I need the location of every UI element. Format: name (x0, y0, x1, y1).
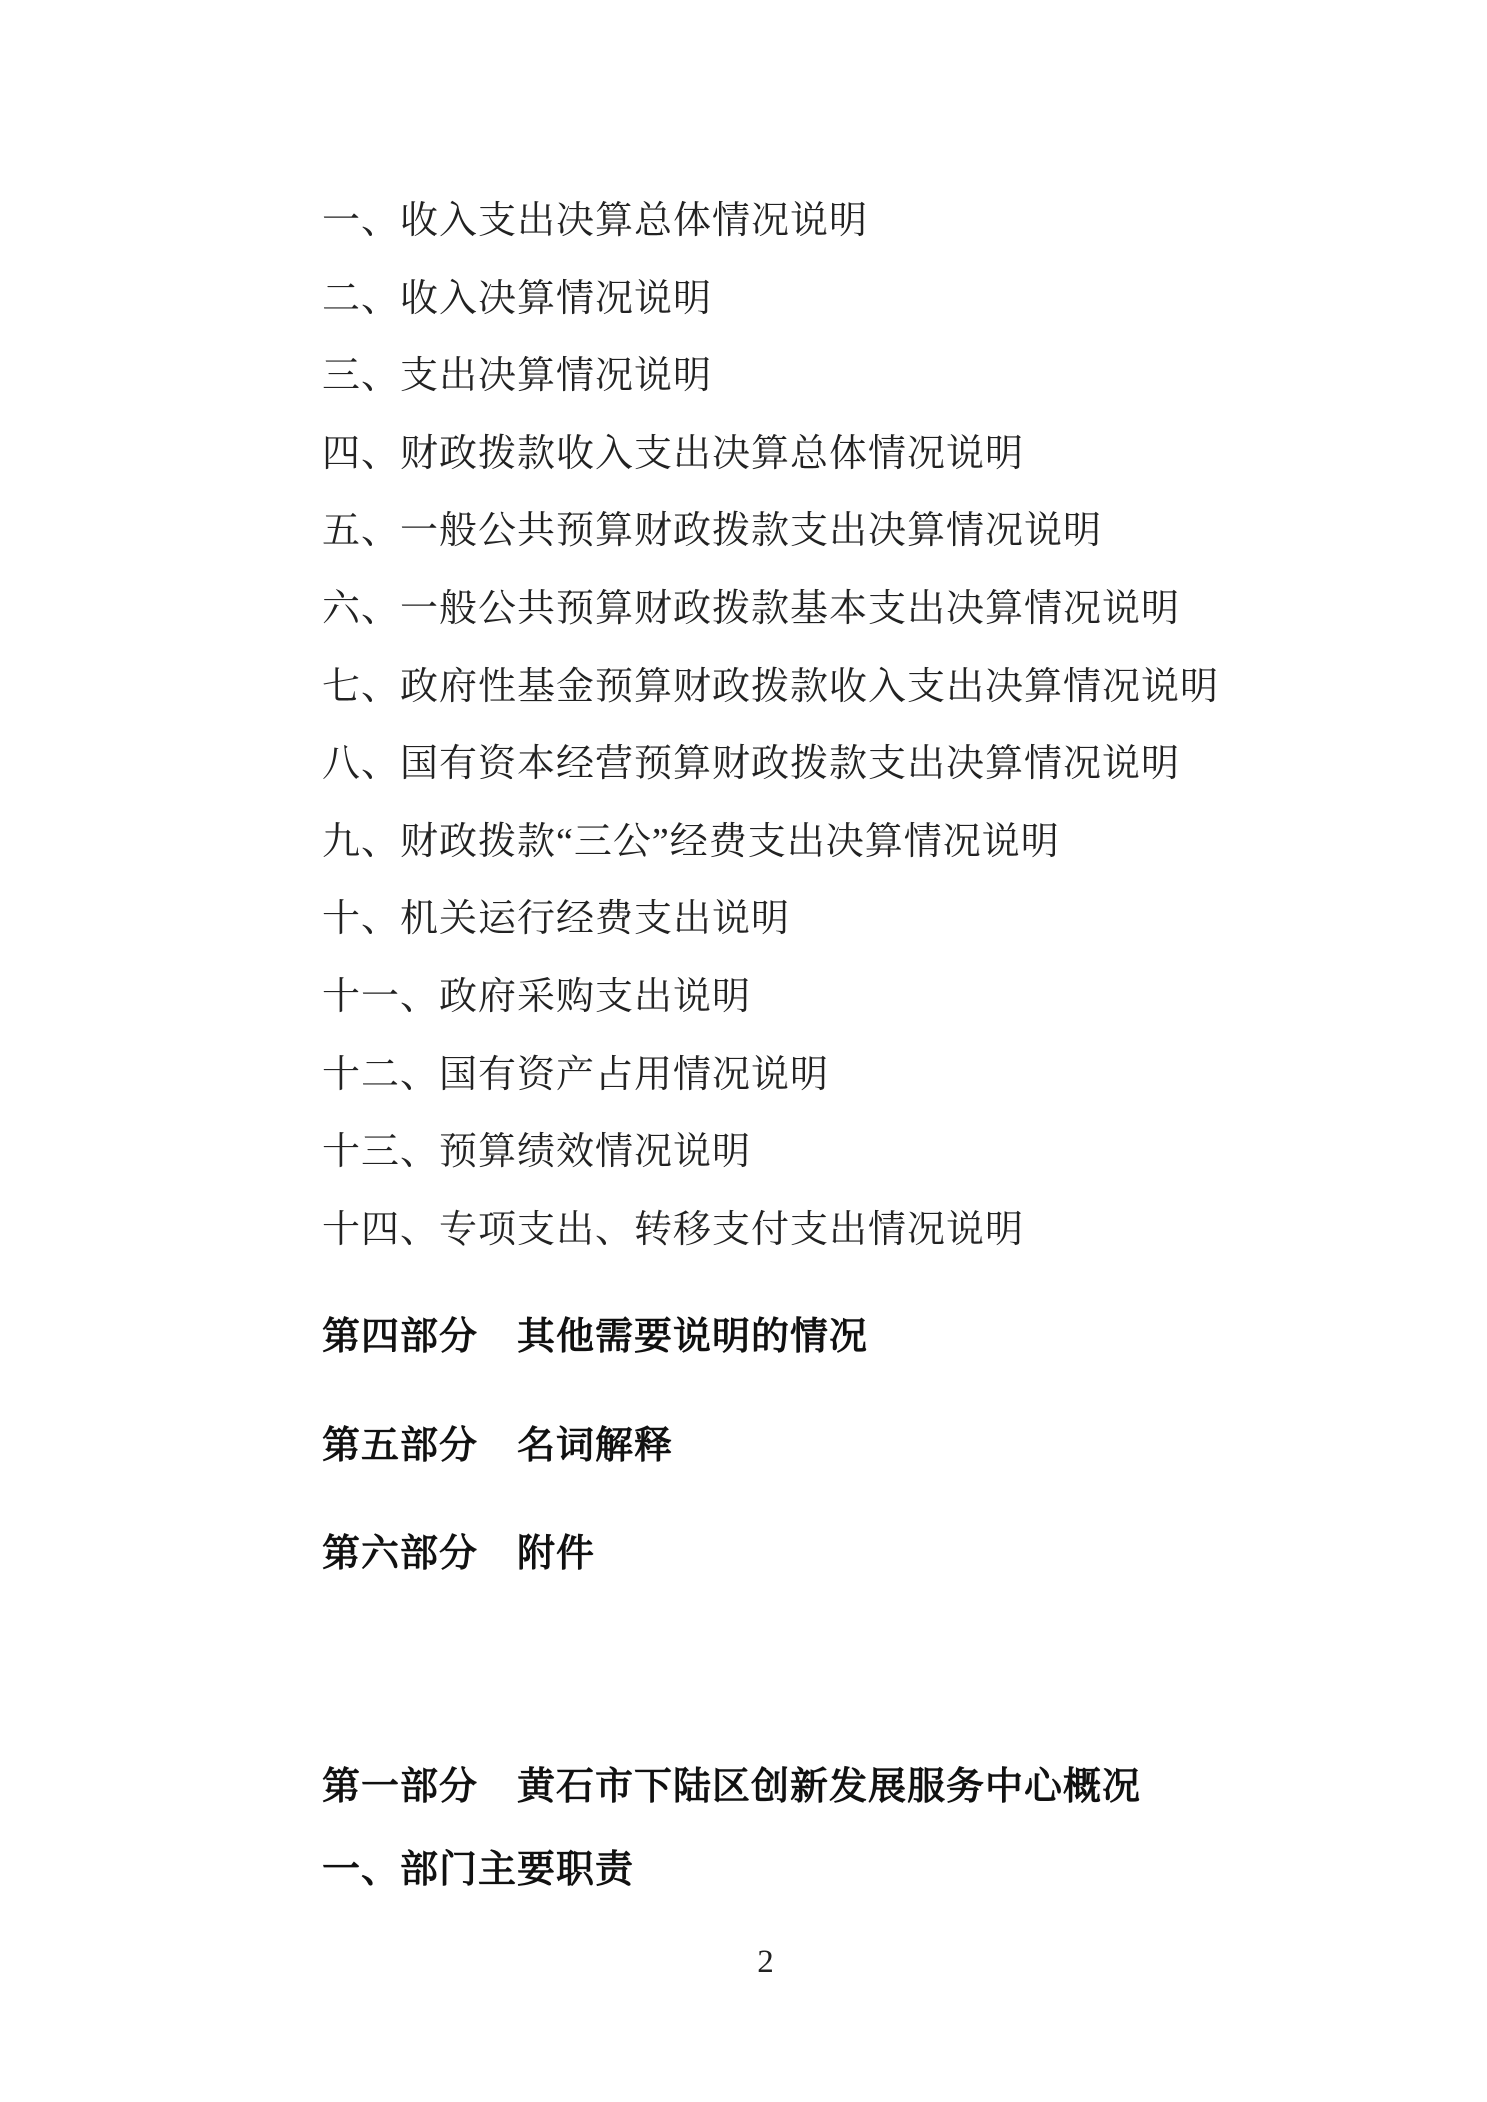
toc-item: 九、财政拨款“三公”经费支出决算情况说明 (322, 804, 1427, 882)
toc-item: 四、财政拨款收入支出决算总体情况说明 (322, 416, 1427, 494)
body-headings: 第一部分 黄石市下陆区创新发展服务中心概况 一、部门主要职责 (322, 1746, 1427, 1912)
toc-item: 七、政府性基金预算财政拨款收入支出决算情况说明 (322, 649, 1427, 727)
toc-list: 一、收入支出决算总体情况说明 二、收入决算情况说明 三、支出决算情况说明 四、财… (322, 183, 1427, 1269)
toc-item: 一、收入支出决算总体情况说明 (322, 183, 1427, 261)
document-page: 一、收入支出决算总体情况说明 二、收入决算情况说明 三、支出决算情况说明 四、财… (0, 0, 1487, 2102)
toc-item: 六、一般公共预算财政拨款基本支出决算情况说明 (322, 571, 1427, 649)
part-one-heading: 第一部分 黄石市下陆区创新发展服务中心概况 (322, 1746, 1427, 1829)
toc-part-heading-5: 第五部分 名词解释 (322, 1392, 1427, 1501)
toc-part-headings: 第四部分 其他需要说明的情况 第五部分 名词解释 第六部分 附件 (322, 1283, 1427, 1609)
toc-item: 十三、预算绩效情况说明 (322, 1114, 1427, 1192)
subsection-heading: 一、部门主要职责 (322, 1829, 1427, 1912)
page-number: 2 (22, 1940, 1487, 1984)
toc-item: 八、国有资本经营预算财政拨款支出决算情况说明 (322, 726, 1427, 804)
page-content: 一、收入支出决算总体情况说明 二、收入决算情况说明 三、支出决算情况说明 四、财… (322, 183, 1427, 1912)
toc-part-heading-6: 第六部分 附件 (322, 1500, 1427, 1609)
toc-item: 十二、国有资产占用情况说明 (322, 1037, 1427, 1115)
toc-item: 十四、专项支出、转移支付支出情况说明 (322, 1192, 1427, 1270)
toc-item: 十、机关运行经费支出说明 (322, 881, 1427, 959)
toc-item: 二、收入决算情况说明 (322, 261, 1427, 339)
toc-item: 三、支出决算情况说明 (322, 338, 1427, 416)
toc-part-heading-4: 第四部分 其他需要说明的情况 (322, 1283, 1427, 1392)
toc-item: 十一、政府采购支出说明 (322, 959, 1427, 1037)
toc-item: 五、一般公共预算财政拨款支出决算情况说明 (322, 493, 1427, 571)
